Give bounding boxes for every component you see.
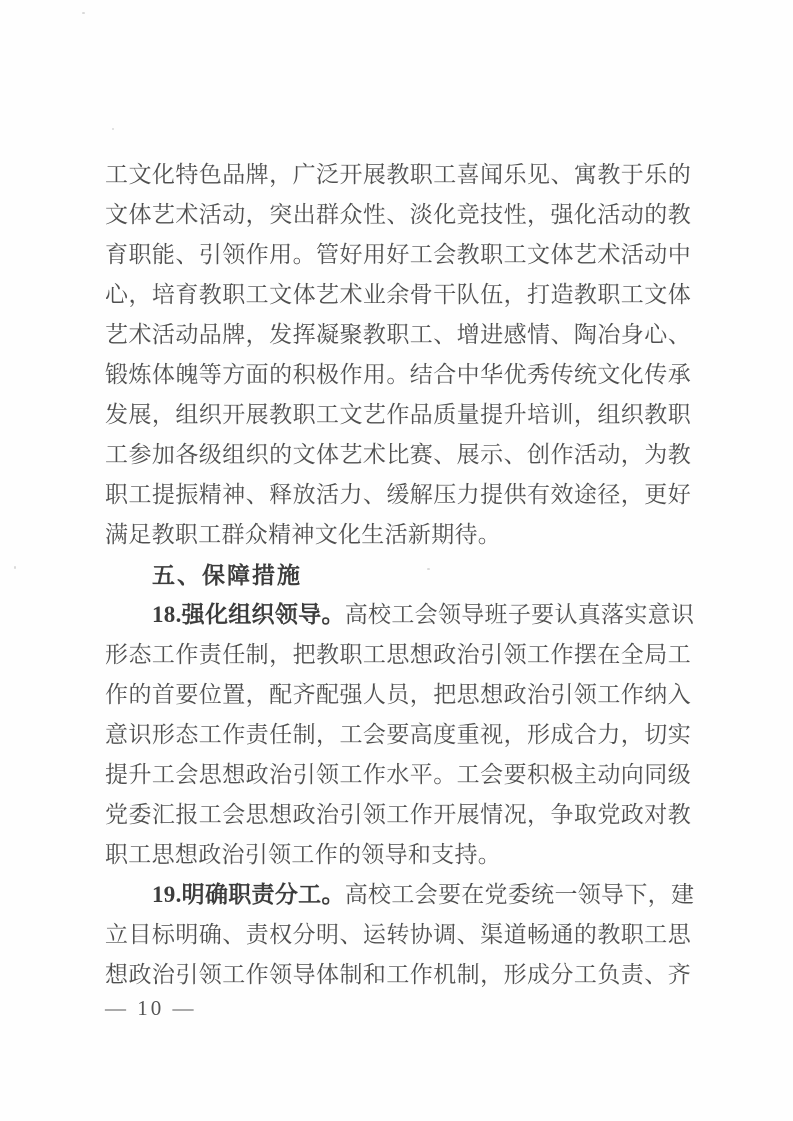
body-text-line: 职工思想政治引领工作的领导和支持。 [105, 835, 691, 875]
item-18-lead: 18.强化组织领导。 [152, 602, 345, 627]
item-18-first-line-text: 高校工会领导班子要认真落实意识 [345, 602, 695, 627]
item-19-lead: 19.明确职责分工。 [152, 882, 345, 907]
body-text-line: 形态工作责任制，把教职工思想政治引领工作摆在全局工 [105, 635, 691, 675]
scan-speck [82, 12, 85, 14]
document-body: 工文化特色品牌，广泛开展教职工喜闻乐见、寓教于乐的 文体艺术活动，突出群众性、淡… [105, 155, 691, 995]
body-text-line: 满足教职工群众精神文化生活新期待。 [105, 515, 691, 555]
body-text-line: 党委汇报工会思想政治引领工作开展情况，争取党政对教 [105, 795, 691, 835]
body-text-line: 职工提振精神、释放活力、缓解压力提供有效途径，更好 [105, 475, 691, 515]
item-19-first-line-text: 高校工会要在党委统一领导下，建 [345, 882, 695, 907]
body-text-line: 提升工会思想政治引领工作水平。工会要积极主动向同级 [105, 755, 691, 795]
scan-speck [112, 128, 114, 130]
body-text-line: 作的首要位置，配齐配强人员，把思想政治引领工作纳入 [105, 675, 691, 715]
section-heading: 五、保障措施 [105, 555, 691, 595]
body-text-line: 18.强化组织领导。高校工会领导班子要认真落实意识 [105, 595, 691, 635]
body-text-line: 工参加各级组织的文体艺术比赛、展示、创作活动，为教 [105, 435, 691, 475]
page-number: — 10 — [105, 995, 197, 1021]
body-text-line: 育职能、引领作用。管好用好工会教职工文体艺术活动中 [105, 235, 691, 275]
body-text-line: 想政治引领工作领导体制和工作机制，形成分工负责、齐 [105, 955, 691, 995]
body-text-line: 工文化特色品牌，广泛开展教职工喜闻乐见、寓教于乐的 [105, 155, 691, 195]
document-page: 工文化特色品牌，广泛开展教职工喜闻乐见、寓教于乐的 文体艺术活动，突出群众性、淡… [0, 0, 793, 1121]
body-text-line: 锻炼体魄等方面的积极作用。结合中华优秀传统文化传承 [105, 355, 691, 395]
body-text-line: 立目标明确、责权分明、运转协调、渠道畅通的教职工思 [105, 915, 691, 955]
body-text-line: 19.明确职责分工。高校工会要在党委统一领导下，建 [105, 875, 691, 915]
body-text-line: 发展，组织开展教职工文艺作品质量提升培训，组织教职 [105, 395, 691, 435]
body-text-line: 艺术活动品牌，发挥凝聚教职工、增进感情、陶冶身心、 [105, 315, 691, 355]
body-text-line: 意识形态工作责任制，工会要高度重视，形成合力，切实 [105, 715, 691, 755]
body-text-line: 心，培育教职工文体艺术业余骨干队伍，打造教职工文体 [105, 275, 691, 315]
body-text-line: 文体艺术活动，突出群众性、淡化竞技性，强化活动的教 [105, 195, 691, 235]
scan-speck [14, 566, 16, 569]
